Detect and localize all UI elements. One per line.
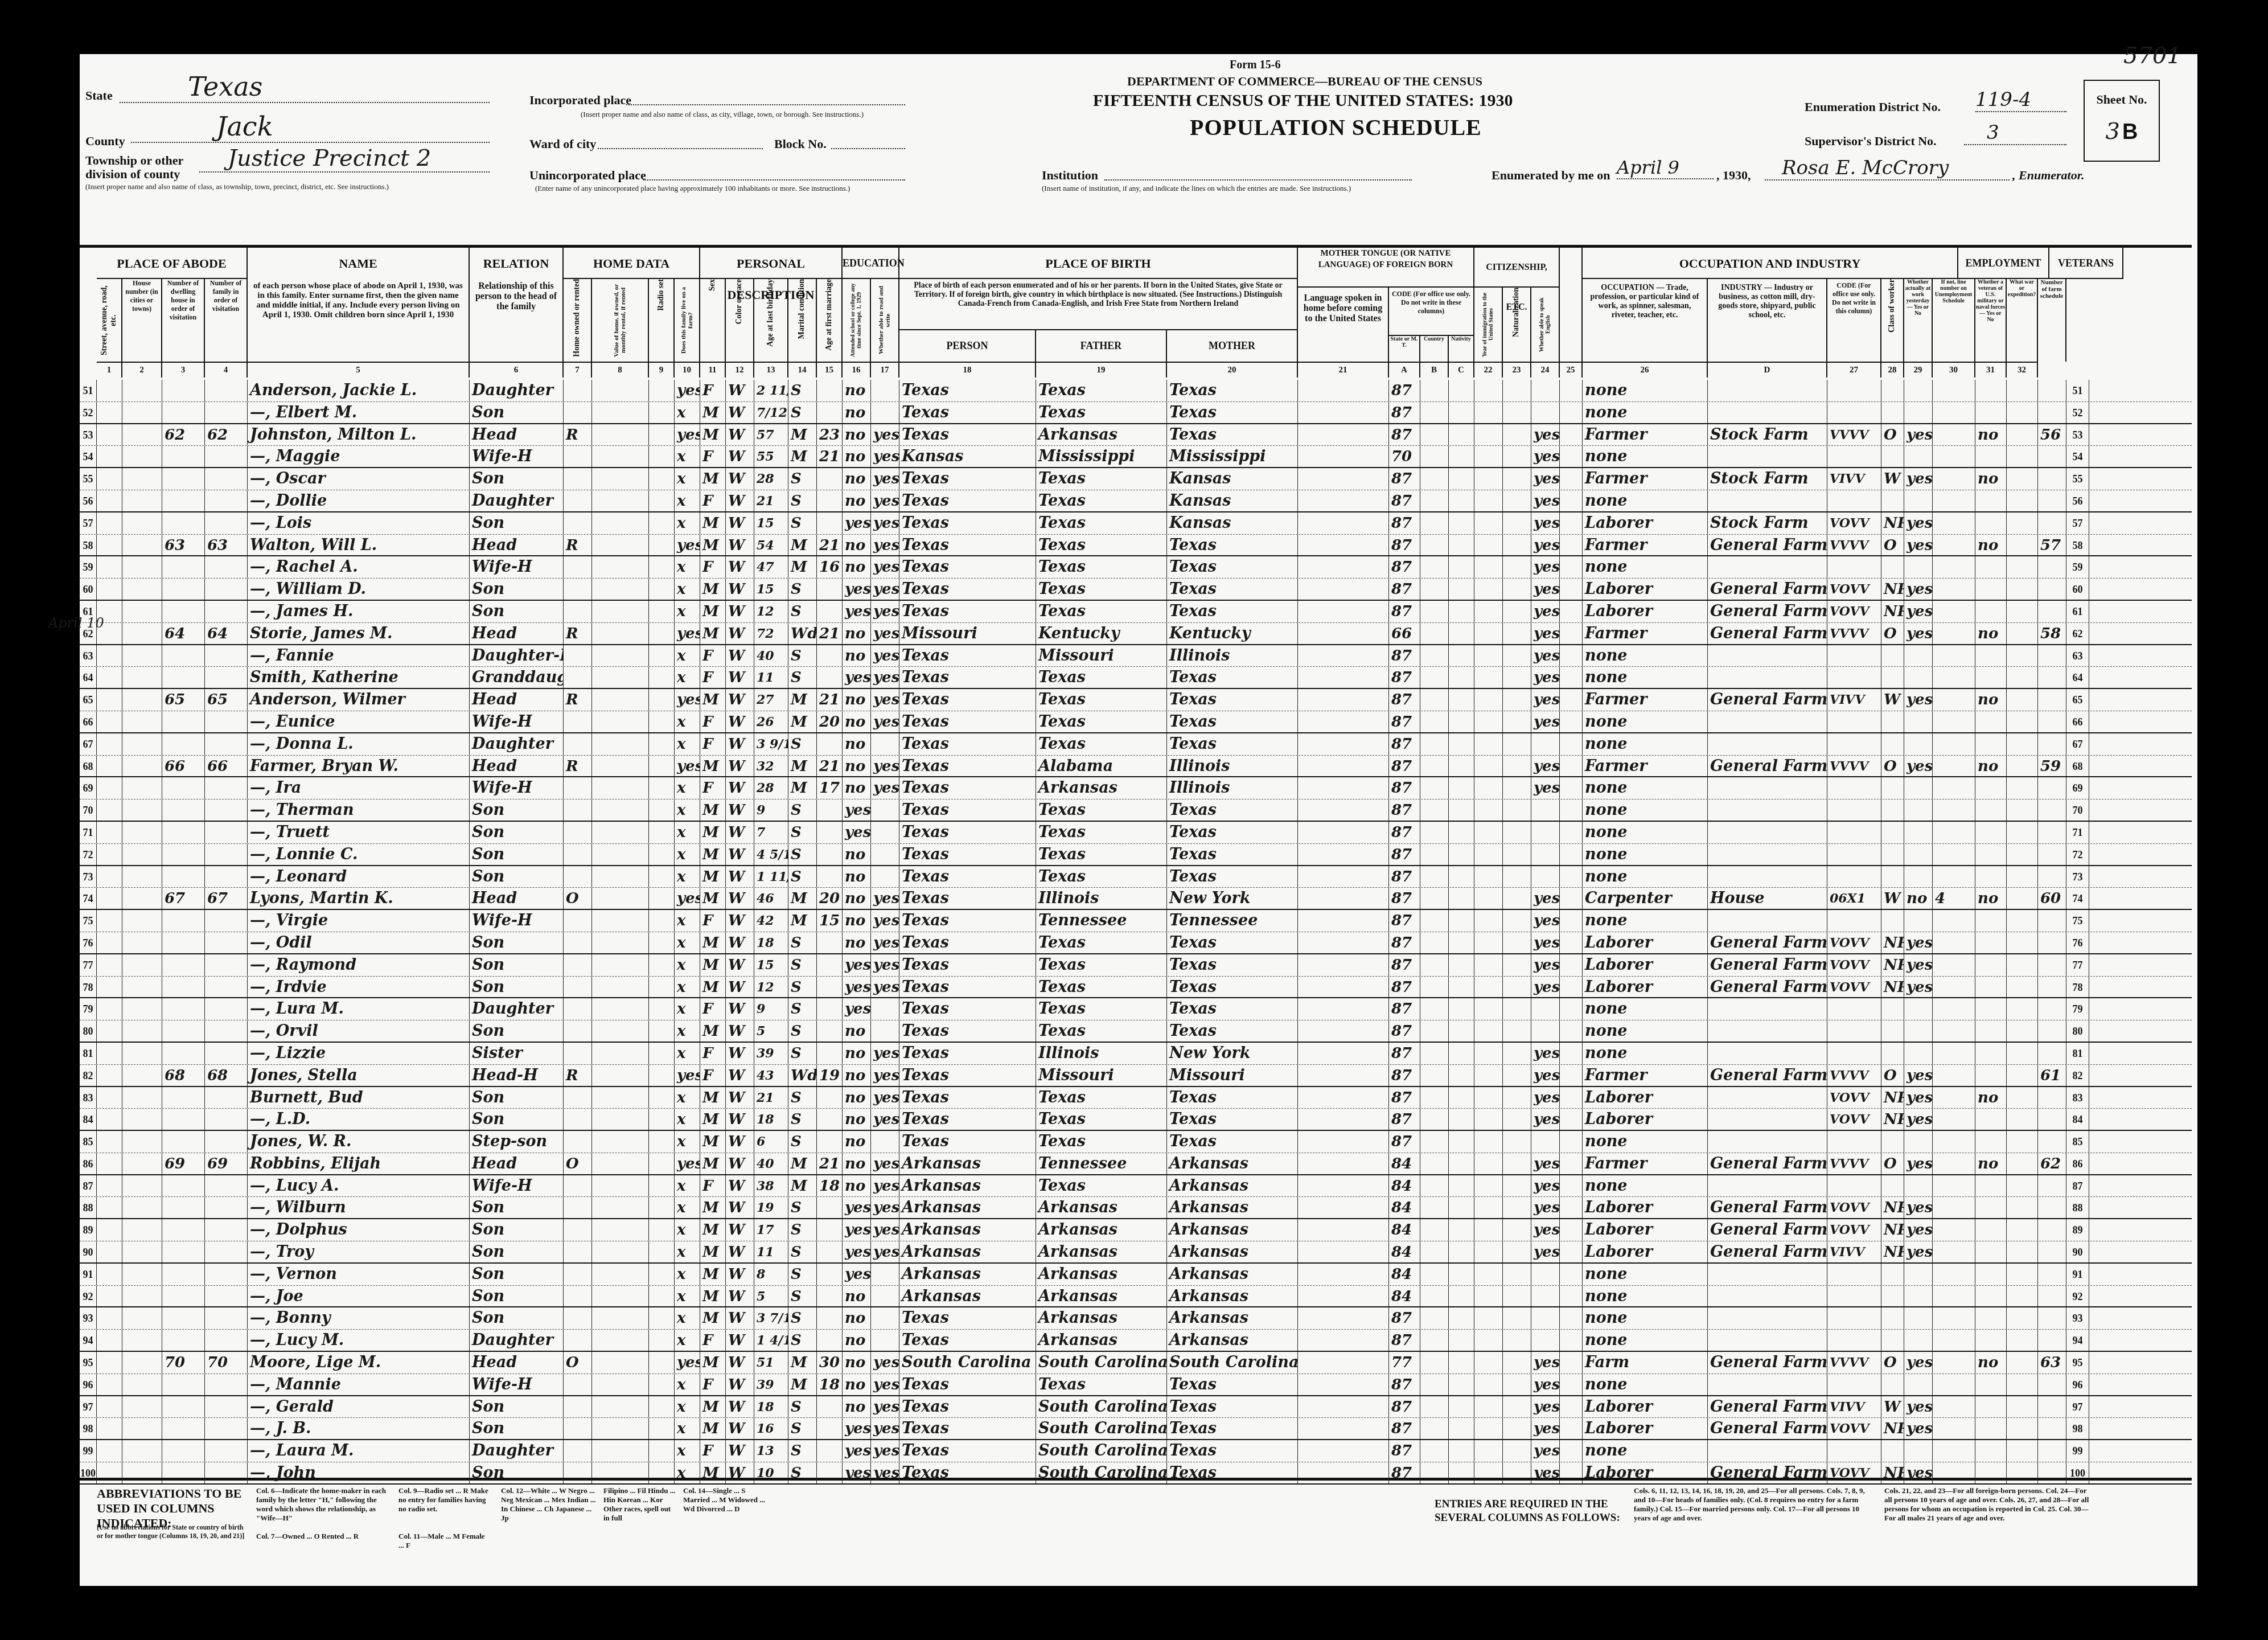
cell-ind: General Farm	[1708, 977, 1827, 998]
table-row: 99—, Laura M.DaughterxFW13SyesyesTexasSo…	[80, 1440, 2192, 1462]
cell-bm: Arkansas	[1167, 1175, 1298, 1197]
table-row: 84—, L.D.SonxMW18SnoyesTexasTexasTexas87…	[80, 1109, 2192, 1131]
cell-mar: S	[788, 1440, 817, 1462]
column-number: 5	[248, 362, 470, 378]
cell-blank-c2	[122, 1307, 162, 1329]
cell-name: Lyons, Martin K.	[248, 888, 470, 909]
cell-am: 21	[817, 1153, 843, 1174]
cell-cA: 87	[1389, 1440, 1420, 1462]
cell-line: 95	[80, 1352, 97, 1373]
cell-dw: 66	[162, 756, 205, 777]
cell-dw	[162, 1241, 205, 1262]
cell-blank-c1	[97, 380, 122, 401]
cell-blank-c1	[97, 954, 122, 976]
cell-blank-23	[1503, 1241, 1531, 1262]
col-read-write: Whether able to read and write	[871, 279, 899, 362]
cell-fam	[205, 1241, 248, 1262]
cell-rel: Son	[470, 932, 564, 953]
cell-blank-22	[1474, 711, 1503, 732]
cell-rw	[871, 799, 899, 821]
cell-bf: Texas	[1036, 822, 1167, 843]
cell-work: yes	[1904, 1109, 1933, 1130]
cell-blank-C	[1449, 932, 1474, 953]
cell-eng: yes	[1531, 424, 1560, 446]
cell-blank-v	[592, 954, 649, 976]
cell-age: 15	[754, 512, 788, 534]
cell-name: —, J. B.	[248, 1418, 470, 1439]
cell-sex: M	[700, 1241, 726, 1262]
cell-vet	[1975, 1396, 2007, 1418]
cell-vet	[1975, 1286, 2007, 1307]
census-rows: 51Anderson, Jackie L.DaughteryesFW2 11/1…	[80, 380, 2192, 1485]
unincorporated-label: Unincorporated place	[529, 168, 646, 183]
cell-am	[817, 932, 843, 953]
cell-dw	[162, 1087, 205, 1109]
cell-rw	[871, 1330, 899, 1351]
cell-bm: Texas	[1167, 535, 1298, 556]
column-number: 24	[1531, 362, 1560, 378]
cell-blank-v	[592, 910, 649, 932]
cell-bm: Texas	[1167, 711, 1298, 732]
cell-rel: Wife-H	[470, 711, 564, 732]
cell-am	[817, 645, 843, 667]
cell-occ: Laborer	[1583, 1197, 1708, 1218]
cell-dw	[162, 799, 205, 821]
cell-rel: Daughter	[470, 490, 564, 511]
cell-sex: M	[700, 977, 726, 998]
cell-occ: none	[1583, 1020, 1708, 1042]
cell-farm: x	[675, 733, 700, 755]
cell-blank-23	[1503, 910, 1531, 932]
cell-cA: 87	[1389, 977, 1420, 998]
cell-blank-v	[592, 1087, 649, 1109]
cell-dw: 70	[162, 1352, 205, 1373]
cell-eng: yes	[1531, 1109, 1560, 1130]
cell-sch: yes	[843, 799, 871, 821]
cell-fam	[205, 711, 248, 732]
cell-blank-23	[1503, 1175, 1531, 1197]
cell-bp: Texas	[899, 645, 1036, 667]
cell-unemp	[1933, 1352, 1975, 1373]
cell-name: Burnett, Bud	[248, 1087, 470, 1109]
cell-line: 74	[2066, 888, 2089, 909]
table-row: 656565Anderson, WilmerHeadRyesMW27M21noy…	[80, 689, 2192, 711]
cell-blank-B	[1420, 468, 1449, 490]
cell-bp: Texas	[899, 1374, 1036, 1395]
cell-farm: x	[675, 601, 700, 622]
cell-farm: x	[675, 402, 700, 423]
cell-blank-31	[2007, 1330, 2038, 1351]
cell-race: W	[726, 733, 754, 755]
cell-vet	[1975, 380, 2007, 401]
cell-own	[564, 1109, 592, 1130]
incorporated-note: (Insert proper name and also name of cla…	[581, 110, 864, 119]
cell-dw: 67	[162, 888, 205, 909]
cell-blank-r	[649, 1065, 675, 1086]
cell-blank-c1	[97, 402, 122, 423]
institution-note: (Insert name of institution, if any, and…	[1042, 184, 1351, 193]
cell-line: 85	[2066, 1131, 2089, 1153]
cell-rel: Son	[470, 822, 564, 843]
unincorporated-note: (Enter name of any unincorporated place …	[535, 184, 850, 193]
column-number: 10	[675, 362, 700, 378]
cell-blank-c1	[97, 1087, 122, 1109]
cell-blank-lang	[1298, 822, 1389, 843]
cell-blank-C	[1449, 777, 1474, 799]
cell-dw	[162, 556, 205, 578]
cell-race: W	[726, 977, 754, 998]
cell-blank-c1	[97, 1374, 122, 1395]
cell-ind	[1708, 733, 1827, 755]
cell-blank-31	[2007, 822, 2038, 843]
cell-blank-sp	[1560, 601, 1583, 622]
cell-eng: yes	[1531, 954, 1560, 976]
cell-blank-31	[2007, 998, 2038, 1020]
cell-rel: Sister	[470, 1043, 564, 1064]
cell-blank-r	[649, 1396, 675, 1418]
cell-mar: S	[788, 380, 817, 401]
cell-bp: Texas	[899, 733, 1036, 755]
cell-occ: none	[1583, 1440, 1708, 1462]
cell-dw	[162, 1440, 205, 1462]
cell-vet	[1975, 645, 2007, 667]
cell-race: W	[726, 1109, 754, 1130]
cell-cA: 87	[1389, 556, 1420, 578]
cell-blank-r	[649, 866, 675, 888]
cell-cls: NP	[1881, 977, 1904, 998]
cell-fs	[2038, 468, 2066, 490]
cell-blank-v	[592, 932, 649, 953]
cell-code	[1827, 866, 1881, 888]
cell-rw: yes	[871, 556, 899, 578]
cell-unemp	[1933, 1197, 1975, 1218]
cell-rw	[871, 1131, 899, 1153]
cell-bp: Texas	[899, 380, 1036, 401]
cell-eng: yes	[1531, 1219, 1560, 1241]
col-marital: Marital condition	[788, 279, 817, 362]
cell-blank-c2	[122, 446, 162, 467]
cell-blank-lang	[1298, 866, 1389, 888]
cell-blank-c1	[97, 645, 122, 667]
cell-cA: 87	[1389, 380, 1420, 401]
cell-rel: Son	[470, 844, 564, 865]
cell-unemp	[1933, 1440, 1975, 1462]
cell-rw: yes	[871, 667, 899, 688]
cell-fam	[205, 1131, 248, 1153]
cell-blank-B	[1420, 954, 1449, 976]
cell-cA: 87	[1389, 910, 1420, 932]
cell-line: 72	[2066, 844, 2089, 865]
cell-eng: yes	[1531, 1087, 1560, 1109]
cell-bf: Alabama	[1036, 756, 1167, 777]
cell-farm: x	[675, 844, 700, 865]
cell-line: 84	[2066, 1109, 2089, 1130]
cell-farm: yes	[675, 1065, 700, 1086]
cell-blank-B	[1420, 1197, 1449, 1218]
cell-age: 3 7/12	[754, 1307, 788, 1329]
cell-blank-31	[2007, 756, 2038, 777]
cell-fs	[2038, 1286, 2066, 1307]
cell-blank-sp	[1560, 1241, 1583, 1262]
cell-line: 97	[80, 1396, 97, 1418]
cell-bp: Texas	[899, 490, 1036, 511]
cell-blank-23	[1503, 954, 1531, 976]
cell-own: R	[564, 424, 592, 446]
cell-line: 99	[80, 1440, 97, 1462]
cell-age: 8	[754, 1264, 788, 1285]
cell-blank-sp	[1560, 1264, 1583, 1285]
table-row: 59—, Rachel A.Wife-HxFW47M16noyesTexasTe…	[80, 556, 2192, 579]
cell-blank-v	[592, 844, 649, 865]
cell-sex: M	[700, 512, 726, 534]
cell-work: yes	[1904, 1197, 1933, 1218]
cell-line: 60	[80, 579, 97, 600]
cell-blank-22	[1474, 1286, 1503, 1307]
cell-cA: 87	[1389, 777, 1420, 799]
cell-vet	[1975, 1440, 2007, 1462]
cell-dw: 64	[162, 623, 205, 644]
cell-blank-c1	[97, 1307, 122, 1329]
cell-farm: x	[675, 1087, 700, 1109]
cell-am	[817, 799, 843, 821]
cell-blank-31	[2007, 1307, 2038, 1329]
abbrev-col12-other: Filipino ... Fil Hindu ... Hin Korean ..…	[603, 1486, 677, 1523]
incorporated-label: Incorporated place	[529, 93, 631, 108]
cell-farm: x	[675, 1307, 700, 1329]
cell-occ: none	[1583, 910, 1708, 932]
cell-bp: Texas	[899, 888, 1036, 909]
cell-code: VOVV	[1827, 954, 1881, 976]
abbrev-col12: Col. 12—White ... W Negro ... Neg Mexica…	[501, 1486, 598, 1523]
cell-unemp	[1933, 866, 1975, 888]
cell-occ: Farmer	[1583, 689, 1708, 711]
cell-sch: no	[843, 490, 871, 511]
cell-work	[1904, 711, 1933, 732]
cell-vet: no	[1975, 756, 2007, 777]
cell-name: Robbins, Elijah	[248, 1153, 470, 1174]
cell-cA: 87	[1389, 1330, 1420, 1351]
cell-blank-23	[1503, 402, 1531, 423]
cell-sex: M	[700, 424, 726, 446]
cell-mar: S	[788, 645, 817, 667]
cell-line: 82	[2066, 1065, 2089, 1086]
cell-name: —, Laura M.	[248, 1440, 470, 1462]
cell-farm: yes	[675, 1352, 700, 1373]
cell-rw: yes	[871, 535, 899, 556]
cell-blank-31	[2007, 446, 2038, 467]
cell-mar: M	[788, 711, 817, 732]
cell-blank-sp	[1560, 1020, 1583, 1042]
cell-blank-lang	[1298, 954, 1389, 976]
cell-blank-v	[592, 380, 649, 401]
cell-rel: Head	[470, 623, 564, 644]
cell-own	[564, 380, 592, 401]
cell-line: 79	[2066, 998, 2089, 1020]
cell-unemp	[1933, 756, 1975, 777]
cell-age: 55	[754, 446, 788, 467]
cell-code: VIVV	[1827, 468, 1881, 490]
group-employment: EMPLOYMENT	[1958, 248, 2049, 279]
cell-blank-c1	[97, 1153, 122, 1174]
township-label: Township or other division of county	[85, 154, 199, 181]
cell-name: Storie, James M.	[248, 623, 470, 644]
cell-own: R	[564, 1065, 592, 1086]
cell-fam	[205, 446, 248, 467]
cell-cls: NP	[1881, 512, 1904, 534]
cell-rw	[871, 1264, 899, 1285]
cell-line: 55	[80, 468, 97, 490]
cell-bf: Texas	[1036, 1109, 1167, 1130]
cell-blank-31	[2007, 866, 2038, 888]
cell-am	[817, 866, 843, 888]
cell-blank-r	[649, 844, 675, 865]
cell-blank-31	[2007, 556, 2038, 578]
cell-fam	[205, 556, 248, 578]
cell-own	[564, 777, 592, 799]
cell-cA: 87	[1389, 844, 1420, 865]
column-number: 29	[1904, 362, 1933, 378]
cell-unemp	[1933, 1307, 1975, 1329]
cell-blank-C	[1449, 1109, 1474, 1130]
cell-bf: Missouri	[1036, 645, 1167, 667]
cell-fs: 60	[2038, 888, 2066, 909]
cell-age: 13	[754, 1440, 788, 1462]
cell-line: 61	[80, 601, 97, 622]
cell-farm: x	[675, 866, 700, 888]
cell-bm: Arkansas	[1167, 1197, 1298, 1218]
cell-blank-r	[649, 1020, 675, 1042]
cell-unemp	[1933, 1241, 1975, 1262]
cell-unemp	[1933, 556, 1975, 578]
cell-blank-B	[1420, 1396, 1449, 1418]
cell-work: yes	[1904, 512, 1933, 534]
cell-farm: x	[675, 711, 700, 732]
cell-sch: yes	[843, 1219, 871, 1241]
cell-sch: no	[843, 1065, 871, 1086]
cell-unemp	[1933, 623, 1975, 644]
cell-own	[564, 866, 592, 888]
cell-blank-B	[1420, 1219, 1449, 1241]
cell-rw: yes	[871, 1374, 899, 1395]
cell-rw	[871, 1286, 899, 1307]
col-code-state: State or M. T.	[1389, 336, 1420, 362]
cell-eng: yes	[1531, 932, 1560, 953]
cell-blank-r	[649, 380, 675, 401]
cell-am: 19	[817, 1065, 843, 1086]
cell-unemp	[1933, 1087, 1975, 1109]
cell-am	[817, 1197, 843, 1218]
cell-blank-B	[1420, 535, 1449, 556]
table-row: 63—, FannieDaughter-HxFW40SnoyesTexasMis…	[80, 645, 2192, 667]
cell-age: 39	[754, 1043, 788, 1064]
cell-blank-C	[1449, 446, 1474, 467]
cell-blank-v	[592, 733, 649, 755]
cell-blank-sp	[1560, 468, 1583, 490]
cell-farm: x	[675, 446, 700, 467]
cell-eng	[1531, 380, 1560, 401]
cell-blank-C	[1449, 822, 1474, 843]
cell-blank-lang	[1298, 380, 1389, 401]
col-industry: INDUSTRY — Industry or business, as cott…	[1708, 279, 1827, 362]
cell-cA: 66	[1389, 623, 1420, 644]
col-relation: Relationship of this person to the head …	[470, 279, 564, 362]
cell-own	[564, 822, 592, 843]
cell-blank-lang	[1298, 1440, 1389, 1462]
cell-rel: Son	[470, 1020, 564, 1042]
cell-fs	[2038, 1020, 2066, 1042]
cell-occ: none	[1583, 822, 1708, 843]
cell-bp: Texas	[899, 1396, 1036, 1418]
cell-blank-22	[1474, 1241, 1503, 1262]
cell-blank-v	[592, 1352, 649, 1373]
cell-blank-31	[2007, 689, 2038, 711]
table-row: 94—, Lucy M.DaughterxFW1 4/12SnoTexasArk…	[80, 1330, 2192, 1352]
cell-age: 17	[754, 1219, 788, 1241]
cell-code: 06X1	[1827, 888, 1881, 909]
cell-am: 17	[817, 777, 843, 799]
column-number: D	[1708, 362, 1827, 378]
block-field	[831, 148, 905, 149]
cell-dw	[162, 601, 205, 622]
cell-blank-r	[649, 711, 675, 732]
cell-ind: General Farm	[1708, 601, 1827, 622]
cell-rel: Son	[470, 579, 564, 600]
cell-blank-22	[1474, 689, 1503, 711]
cell-bm: Texas	[1167, 1396, 1298, 1418]
cell-blank-31	[2007, 535, 2038, 556]
cell-rel: Son	[470, 866, 564, 888]
cell-eng: yes	[1531, 468, 1560, 490]
cell-rel: Head	[470, 756, 564, 777]
cell-unemp	[1933, 844, 1975, 865]
cell-vet: no	[1975, 623, 2007, 644]
cell-race: W	[726, 910, 754, 932]
cell-eng: yes	[1531, 579, 1560, 600]
cell-code: VVVV	[1827, 756, 1881, 777]
cell-line: 87	[2066, 1175, 2089, 1197]
cell-am	[817, 1418, 843, 1439]
cell-eng: yes	[1531, 711, 1560, 732]
cell-blank-sp	[1560, 733, 1583, 755]
cell-blank-22	[1474, 1065, 1503, 1086]
cell-eng	[1531, 799, 1560, 821]
cell-bf: Texas	[1036, 556, 1167, 578]
cell-blank-c2	[122, 910, 162, 932]
cell-unemp	[1933, 1043, 1975, 1064]
cell-ind	[1708, 556, 1827, 578]
state-label: State	[85, 88, 113, 103]
township-note: (Insert proper name and also name of cla…	[85, 182, 389, 191]
abbrev-col11: Col. 11—Male ... M Female ... F	[398, 1532, 490, 1550]
cell-code	[1827, 1020, 1881, 1042]
cell-blank-c2	[122, 932, 162, 953]
cell-mar: S	[788, 1286, 817, 1307]
cell-vet	[1975, 601, 2007, 622]
cell-line: 83	[80, 1087, 97, 1109]
cell-line: 61	[2066, 601, 2089, 622]
cell-farm: x	[675, 1264, 700, 1285]
cell-bf: Texas	[1036, 689, 1167, 711]
cell-ind: General Farm	[1708, 689, 1827, 711]
cell-own: R	[564, 756, 592, 777]
cell-unemp	[1933, 512, 1975, 534]
cell-unemp	[1933, 1374, 1975, 1395]
cell-blank-sp	[1560, 954, 1583, 976]
cell-ind	[1708, 446, 1827, 467]
cell-mar: S	[788, 1131, 817, 1153]
cell-blank-sp	[1560, 689, 1583, 711]
cell-blank-B	[1420, 932, 1449, 953]
